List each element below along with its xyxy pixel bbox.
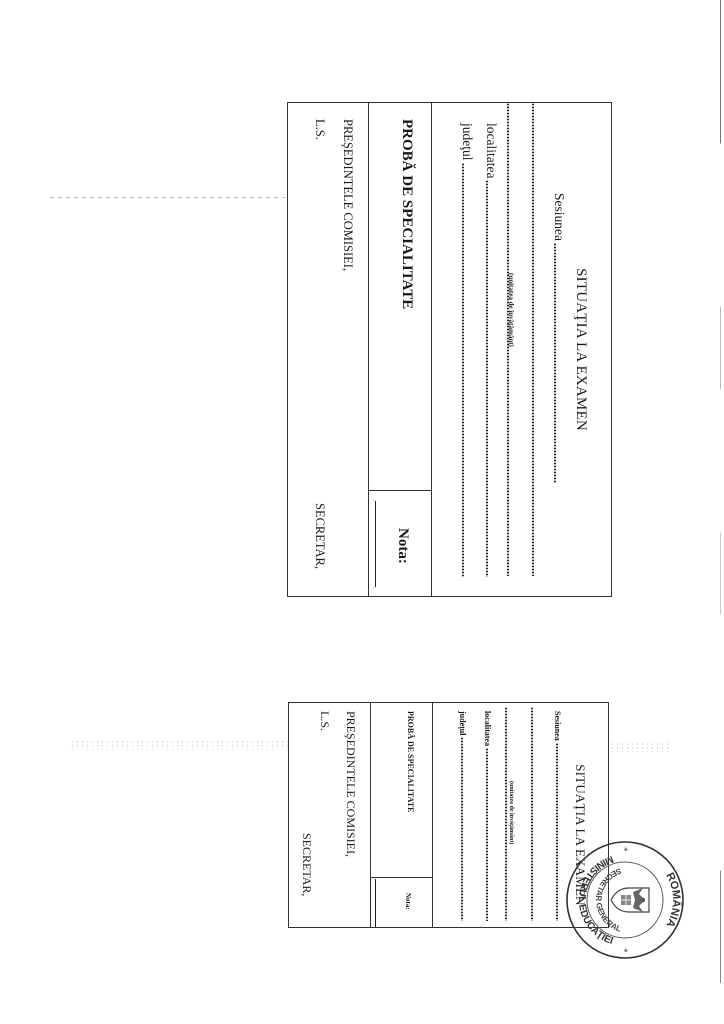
president-label: PREŞEDINTELE COMISIEI,: [340, 119, 355, 271]
divider: [370, 703, 371, 927]
session-label: Sesiunea: [553, 711, 562, 741]
locality-dotted-line: [486, 748, 488, 921]
exam-form-large: SITUAŢIA LA EXAMEN Sesiunea (unitatea de…: [287, 102, 612, 597]
scan-noise: [610, 742, 670, 752]
locality-label: localitatea: [483, 711, 492, 746]
secretary-label: SECRETAR,: [312, 503, 327, 569]
county-field[interactable]: judeţul: [458, 711, 467, 921]
locality-label: localitatea: [483, 123, 499, 178]
stamp-middle-text: SECRETAR GENERAL: [594, 866, 623, 933]
president-label: PREŞEDINTELE COMISIEI,: [343, 711, 358, 857]
institution-caption: (unitatea de învăţământ): [508, 781, 514, 844]
institution-dotted-line-2[interactable]: [505, 707, 507, 921]
grade-field[interactable]: [375, 501, 376, 587]
county-label: judeţul: [459, 123, 475, 161]
county-dotted-line: [461, 737, 463, 921]
session-field[interactable]: Sesiunea: [551, 193, 567, 483]
locality-dotted-line: [486, 180, 488, 577]
county-label: judeţul: [458, 711, 467, 735]
scan-dash: [50, 197, 285, 198]
exam-label: PROBĂ DE SPECIALITATE: [398, 119, 415, 309]
exam-form-small: SITUAŢIA LA EXAMEN Sesiunea (unitatea de…: [288, 702, 609, 928]
institution-dotted-line[interactable]: [531, 707, 533, 921]
session-label: Sesiunea: [551, 193, 567, 241]
seal-label: L.S.: [317, 711, 332, 731]
grade-label: Nota:: [404, 893, 412, 910]
divider: [431, 103, 432, 596]
form-title: SITUAŢIA LA EXAMEN: [572, 103, 589, 596]
county-dotted-line: [462, 163, 464, 578]
stamp-top-text: ROMÂNIA: [663, 871, 683, 929]
grade-divider: [371, 877, 433, 878]
seal-label: L.S.: [312, 119, 327, 140]
stamp-separator: *: [619, 948, 629, 953]
locality-field[interactable]: localitatea: [483, 711, 492, 921]
session-field[interactable]: Sesiunea: [553, 711, 562, 921]
institution-dotted-line[interactable]: [532, 103, 534, 576]
official-stamp: ROMÂNIA MINISTERUL EDUCAŢIEI SECRETAR GE…: [563, 838, 687, 962]
divider: [368, 103, 369, 596]
exam-label: PROBĂ DE SPECIALITATE: [406, 711, 415, 813]
grade-label: Nota:: [394, 528, 411, 564]
coat-of-arms-icon: [611, 888, 649, 912]
session-dotted-line: [554, 243, 556, 483]
scan-noise: [70, 740, 300, 750]
locality-field[interactable]: localitatea: [483, 123, 499, 577]
session-dotted-line: [556, 743, 558, 921]
secretary-label: SECRETAR,: [299, 833, 314, 896]
stamp-separator: *: [619, 847, 629, 852]
institution-caption: (unitatea de învăţământ): [507, 273, 515, 347]
grade-divider: [369, 490, 432, 491]
county-field[interactable]: judeţul: [459, 123, 475, 577]
grade-field[interactable]: [375, 879, 376, 927]
scan-edge: [720, 0, 721, 1024]
divider: [432, 703, 433, 927]
